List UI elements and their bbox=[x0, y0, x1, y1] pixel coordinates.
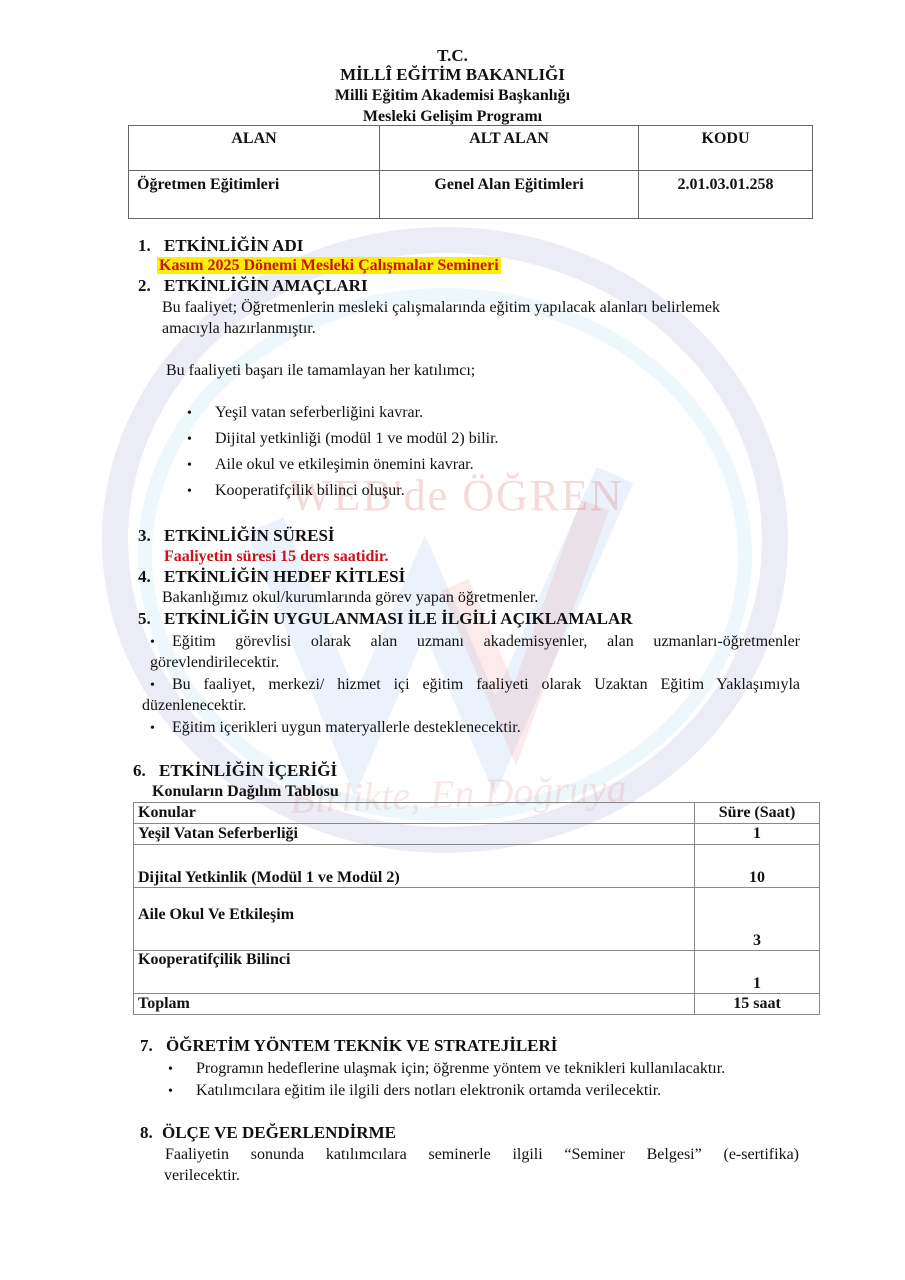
header-program: Mesleki Gelişim Programı bbox=[0, 107, 905, 126]
section-4-heading: 4.ETKİNLİĞİN HEDEF KİTLESİ bbox=[138, 567, 405, 587]
method-bullet: •Programın hedeflerine ulaşmak için; öğr… bbox=[168, 1059, 725, 1080]
col-topics: Konular bbox=[134, 803, 695, 824]
header-academy: Milli Eğitim Akademisi Başkanlığı bbox=[0, 86, 905, 105]
section-5-heading: 5.ETKİNLİĞİN UYGULANMASI İLE İLGİLİ AÇIK… bbox=[138, 609, 633, 629]
implementation-bullet: •Eğitim içerikleri uygun materyallerle d… bbox=[150, 718, 521, 739]
header-ministry: MİLLÎ EĞİTİM BAKANLIĞI bbox=[0, 65, 905, 84]
info-table: ALAN ALT ALAN KODU Öğretmen Eğitimleri G… bbox=[128, 125, 813, 219]
aim-bullet: •Kooperatifçilik bilinci oluşur. bbox=[187, 481, 405, 502]
implementation-bullet-cont: düzenlenecektir. bbox=[142, 696, 246, 716]
target-audience-text: Bakanlığımız okul/kurumlarında görev yap… bbox=[162, 588, 538, 608]
table-header-row: Konular Süre (Saat) bbox=[134, 803, 820, 824]
cell-alt-alan: Genel Alan Eğitimleri bbox=[380, 171, 639, 219]
activity-name-highlight: Kasım 2025 Dönemi Mesleki Çalışmalar Sem… bbox=[157, 257, 501, 274]
method-bullet: •Katılımcılara eğitim ile ilgili ders no… bbox=[168, 1081, 661, 1102]
evaluation-text-line1: Faaliyetin sonunda katılımcılara seminer… bbox=[165, 1145, 799, 1165]
col-alan: ALAN bbox=[129, 126, 380, 171]
header-tc: T.C. bbox=[0, 46, 905, 65]
aim-bullet: •Dijital yetkinliği (modül 1 ve modül 2)… bbox=[187, 429, 499, 450]
content-table-title: Konuların Dağılım Tablosu bbox=[152, 782, 339, 802]
implementation-bullet: •Bu faaliyet, merkezi/ hizmet içi eğitim… bbox=[150, 675, 800, 696]
table-row: Aile Okul Ve Etkileşim 3 bbox=[134, 888, 820, 951]
table-total-row: Toplam 15 saat bbox=[134, 994, 820, 1015]
section-2-heading: 2.ETKİNLİĞİN AMAÇLARI bbox=[138, 276, 368, 296]
section-6-heading: 6.ETKİNLİĞİN İÇERİĞİ bbox=[133, 761, 337, 781]
aims-intro: Bu faaliyeti başarı ile tamamlayan her k… bbox=[166, 361, 475, 381]
aims-paragraph-line1: Bu faaliyet; Öğretmenlerin mesleki çalış… bbox=[162, 298, 720, 318]
table-row: Dijital Yetkinlik (Modül 1 ve Modül 2) 1… bbox=[134, 845, 820, 888]
section-1-heading: 1.ETKİNLİĞİN ADI bbox=[138, 236, 303, 256]
implementation-bullet: •Eğitim görevlisi olarak alan uzmanı aka… bbox=[150, 632, 800, 653]
table-row: Kooperatifçilik Bilinci 1 bbox=[134, 951, 820, 994]
activity-name: Kasım 2025 Dönemi Mesleki Çalışmalar Sem… bbox=[157, 256, 501, 276]
cell-alan: Öğretmen Eğitimleri bbox=[129, 171, 380, 219]
table-row: Yeşil Vatan Seferberliği 1 bbox=[134, 824, 820, 845]
aim-bullet: •Yeşil vatan seferberliğini kavrar. bbox=[187, 403, 423, 424]
topics-table: Konular Süre (Saat) Yeşil Vatan Seferber… bbox=[133, 802, 820, 1015]
col-alt-alan: ALT ALAN bbox=[380, 126, 639, 171]
col-duration: Süre (Saat) bbox=[695, 803, 820, 824]
section-3-heading: 3.ETKİNLİĞİN SÜRESİ bbox=[138, 526, 335, 546]
cell-kodu: 2.01.03.01.258 bbox=[639, 171, 813, 219]
evaluation-text-line2: verilecektir. bbox=[164, 1166, 240, 1186]
aim-bullet: •Aile okul ve etkileşimin önemini kavrar… bbox=[187, 455, 474, 476]
implementation-bullet-cont: görevlendirilecektir. bbox=[150, 653, 279, 673]
col-kodu: KODU bbox=[639, 126, 813, 171]
aims-paragraph-line2: amacıyla hazırlanmıştır. bbox=[162, 319, 316, 339]
duration-text: Faaliyetin süresi 15 ders saatidir. bbox=[164, 547, 388, 567]
section-7-heading: 7.ÖĞRETİM YÖNTEM TEKNİK VE STRATEJİLERİ bbox=[140, 1036, 557, 1056]
section-8-heading: 8.ÖLÇE VE DEĞERLENDİRME bbox=[140, 1123, 396, 1143]
